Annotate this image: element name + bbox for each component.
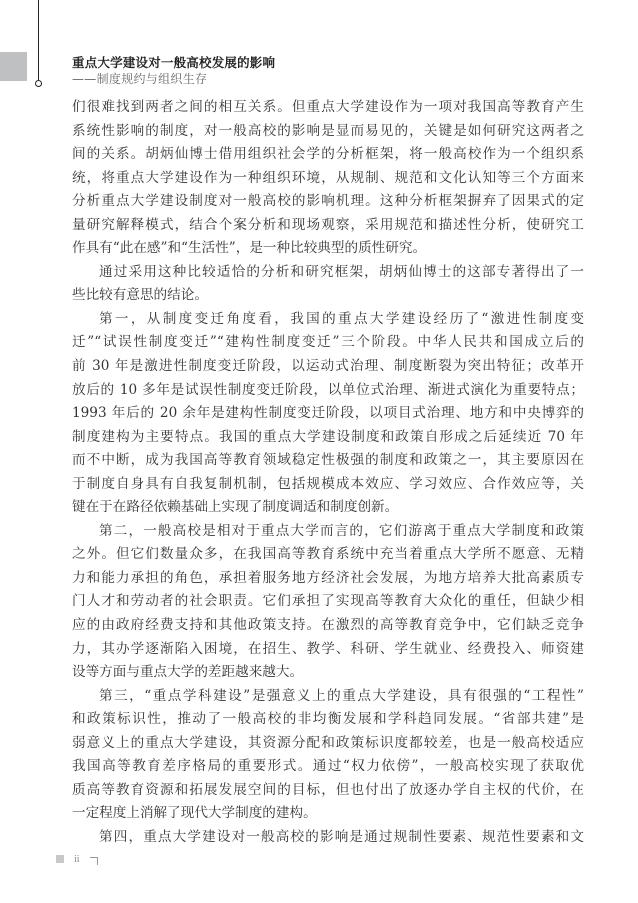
text-line: 间的关系。胡炳仙博士借用组织社会学的分析框架，将一般高校作为一个组织系 <box>72 143 584 167</box>
text-line: 而不中断，成为我国高等教育领域稳定性极强的制度和政策之一，其主要原因在 <box>72 449 584 473</box>
text-line: 我国高等教育差序格局的重要形式。通过“权力依傍”，一般高校实现了获取优 <box>72 755 584 779</box>
text-line: 质高等教育资源和拓展发展空间的目标，但也付出了放逐办学自主权的代价，在 <box>72 779 584 803</box>
page-footer: ii <box>56 852 98 866</box>
text-line: 力和能力承担的角色，承担着服务地方经济社会发展，为地方培养大批高素质专 <box>72 567 584 591</box>
text-line: 们很难找到两者之间的相互关系。但重点大学建设作为一项对我国高等教育产生 <box>72 96 584 120</box>
text-line: 于制度自身具有自我复制机制，包括规模成本效应、学习效应、合作效应等，关 <box>72 473 584 497</box>
text-line: 设等方面与重点大学的差距越来越大。 <box>72 661 584 685</box>
text-line: 一定程度上消解了现代大学制度的建构。 <box>72 802 584 826</box>
text-line: 1993 年后的 20 余年是建构性制度变迁阶段，以项目式治理、地方和中央博弈的 <box>72 402 584 426</box>
header-vertical-rule <box>38 0 39 80</box>
text-line: 系统性影响的制度，对一般高校的影响是显而易见的，关键是如何研究这两者之 <box>72 120 584 144</box>
footer-corner-mark-icon <box>90 857 98 865</box>
text-line: 分析重点大学建设制度对一般高校的影响机理。这种分析框架摒弃了因果式的定 <box>72 190 584 214</box>
text-line: 作具有“此在感”和“生活性”，是一种比较典型的质性研究。 <box>72 237 584 261</box>
text-line: 力，其办学逐渐陷入困境，在招生、教学、科研、学生就业、经费投入、师资建 <box>72 638 584 662</box>
text-line: 迁”“试误性制度变迁”“建构性制度变迁”三个阶段。中华人民共和国成立后的 <box>72 331 584 355</box>
text-line: 制度建构为主要特点。我国的重点大学建设制度和政策自形成之后延续近 70 年 <box>72 426 584 450</box>
text-line: 些比较有意思的结论。 <box>72 284 584 308</box>
header-rule-circle-icon <box>35 80 42 87</box>
text-line: 统，将重点大学建设作为一种组织环境，从规制、规范和文化认知等三个方面来 <box>72 167 584 191</box>
body-text: 们很难找到两者之间的相互关系。但重点大学建设作为一项对我国高等教育产生系统性影响… <box>72 96 584 850</box>
text-line: 第三，“重点学科建设”是强意义上的重点大学建设，具有很强的“工程性” <box>72 685 584 709</box>
text-line: 应的由政府经费支持和其他政策支持。在激烈的高等教育竞争中，它们缺乏竞争 <box>72 614 584 638</box>
text-line: 第一，从制度变迁角度看，我国的重点大学建设经历了“激进性制度变 <box>72 308 584 332</box>
page-number: ii <box>74 854 80 865</box>
text-line: 通过采用这种比较适恰的分析和研究框架，胡炳仙博士的这部专著得出了一 <box>72 261 584 285</box>
text-line: 之外。但它们数量众多，在我国高等教育系统中充当着重点大学所不愿意、无精 <box>72 543 584 567</box>
text-line: 放后的 10 多年是试误性制度变迁阶段，以单位式治理、渐进式演化为重要特点； <box>72 379 584 403</box>
text-line: 键在于在路径依赖基础上实现了制度调适和制度创新。 <box>72 496 584 520</box>
text-line: 门人才和劳动者的社会职责。它们承担了实现高等教育大众化的重任，但缺少相 <box>72 590 584 614</box>
running-header-title: 重点大学建设对一般高校发展的影响 <box>72 53 275 71</box>
text-line: 第四，重点大学建设对一般高校的影响是通过规制性要素、规范性要素和文 <box>72 826 584 850</box>
text-line: 第二，一般高校是相对于重点大学而言的，它们游离于重点大学制度和政策 <box>72 520 584 544</box>
footer-square-icon <box>56 855 64 863</box>
running-header-subtitle: ——制度规约与组织生存 <box>72 70 207 87</box>
text-line: 前 30 年是激进性制度变迁阶段，以运动式治理、制度断裂为突出特征；改革开 <box>72 355 584 379</box>
text-line: 弱意义上的重点大学建设，其资源分配和政策标识度都较差，也是一般高校适应 <box>72 732 584 756</box>
text-line: 量研究解释模式，结合个案分析和现场观察，采用规范和描述性分析，使研究工 <box>72 214 584 238</box>
side-tab-block <box>0 52 27 81</box>
text-line: 和政策标识性，推动了一般高校的非均衡发展和学科趋同发展。“省部共建”是 <box>72 708 584 732</box>
